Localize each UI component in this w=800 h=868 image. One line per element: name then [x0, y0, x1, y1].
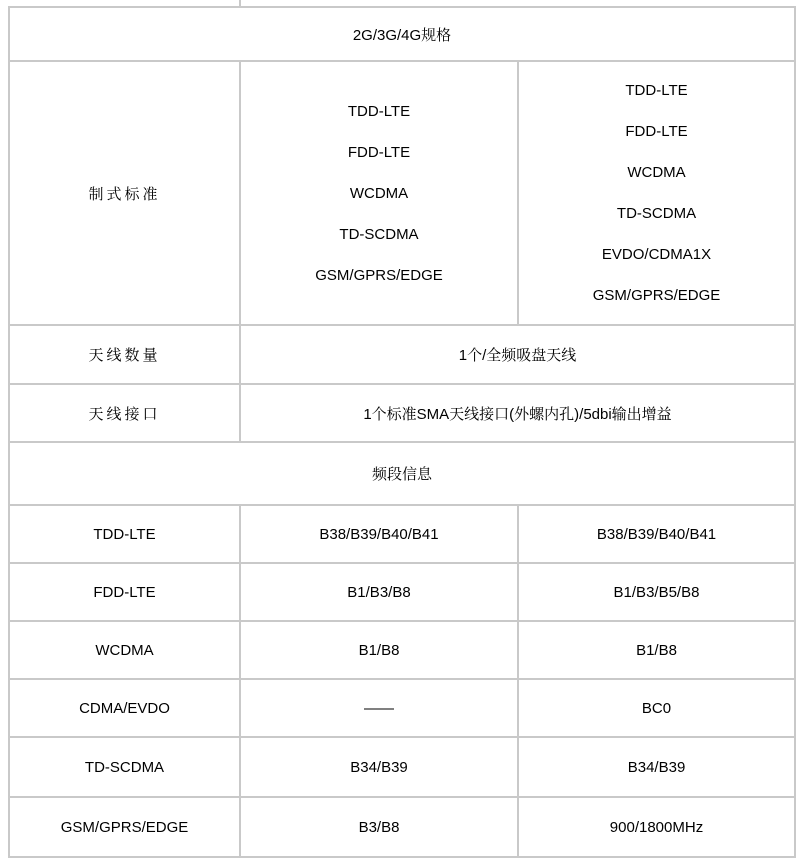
band-module2-cell: BC0	[518, 679, 795, 737]
band-row: WCDMA B1/B8 B1/B8	[9, 621, 795, 679]
table-title: 2G/3G/4G规格	[9, 7, 795, 61]
antenna-port-row: 天线接口 1个标准SMA天线接口(外螺内孔)/5dbi输出增益	[9, 384, 795, 442]
standard-item: TDD-LTE	[241, 91, 517, 132]
standards-row: 制式标准 TDD-LTE FDD-LTE WCDMA TD-SCDMA GSM/…	[9, 61, 795, 325]
standards-module2-cell: TDD-LTE FDD-LTE WCDMA TD-SCDMA EVDO/CDMA…	[518, 61, 795, 325]
band-section-title: 频段信息	[9, 442, 795, 505]
standard-item: WCDMA	[241, 173, 517, 214]
band-module1-cell: B1/B8	[240, 621, 518, 679]
antenna-count-label-cell: 天线数量	[9, 325, 240, 384]
standard-item: FDD-LTE	[241, 132, 517, 173]
band-row: TD-SCDMA B34/B39 B34/B39	[9, 737, 795, 797]
band-module1-cell: ——	[240, 679, 518, 737]
band-label-cell: CDMA/EVDO	[9, 679, 240, 737]
band-module1-cell: B38/B39/B40/B41	[240, 505, 518, 563]
band-module1-cell: B34/B39	[240, 737, 518, 797]
standard-item: TD-SCDMA	[241, 214, 517, 255]
band-row: FDD-LTE B1/B3/B8 B1/B3/B5/B8	[9, 563, 795, 621]
band-module2-cell: B38/B39/B40/B41	[518, 505, 795, 563]
spec-table: 2G/3G/4G规格 制式标准 TDD-LTE FDD-LTE WCDMA TD…	[8, 6, 796, 858]
standard-item: GSM/GPRS/EDGE	[241, 255, 517, 296]
band-module1-cell: B3/B8	[240, 797, 518, 857]
antenna-count-value-cell: 1个/全频吸盘天线	[240, 325, 795, 384]
antenna-port-label-cell: 天线接口	[9, 384, 240, 442]
standard-item: TD-SCDMA	[519, 193, 794, 234]
standard-item: EVDO/CDMA1X	[519, 234, 794, 275]
standard-item: FDD-LTE	[519, 111, 794, 152]
band-label-cell: FDD-LTE	[9, 563, 240, 621]
band-row: CDMA/EVDO —— BC0	[9, 679, 795, 737]
band-module2-cell: B1/B3/B5/B8	[518, 563, 795, 621]
band-label-cell: WCDMA	[9, 621, 240, 679]
band-module2-cell: B34/B39	[518, 737, 795, 797]
antenna-port-value-cell: 1个标准SMA天线接口(外螺内孔)/5dbi输出增益	[240, 384, 795, 442]
band-label-cell: TD-SCDMA	[9, 737, 240, 797]
standards-module2-list: TDD-LTE FDD-LTE WCDMA TD-SCDMA EVDO/CDMA…	[519, 70, 794, 316]
standards-module1-cell: TDD-LTE FDD-LTE WCDMA TD-SCDMA GSM/GPRS/…	[240, 61, 518, 325]
standards-label-cell: 制式标准	[9, 61, 240, 325]
standard-item: WCDMA	[519, 152, 794, 193]
band-row: GSM/GPRS/EDGE B3/B8 900/1800MHz	[9, 797, 795, 857]
band-row: TDD-LTE B38/B39/B40/B41 B38/B39/B40/B41	[9, 505, 795, 563]
band-module2-cell: B1/B8	[518, 621, 795, 679]
standard-item: TDD-LTE	[519, 70, 794, 111]
antenna-count-row: 天线数量 1个/全频吸盘天线	[9, 325, 795, 384]
standard-item: GSM/GPRS/EDGE	[519, 275, 794, 316]
band-module2-cell: 900/1800MHz	[518, 797, 795, 857]
table-title-row: 2G/3G/4G规格	[9, 7, 795, 61]
band-module1-cell: B1/B3/B8	[240, 563, 518, 621]
standards-module1-list: TDD-LTE FDD-LTE WCDMA TD-SCDMA GSM/GPRS/…	[241, 91, 517, 296]
band-label-cell: TDD-LTE	[9, 505, 240, 563]
band-label-cell: GSM/GPRS/EDGE	[9, 797, 240, 857]
band-section-title-row: 频段信息	[9, 442, 795, 505]
